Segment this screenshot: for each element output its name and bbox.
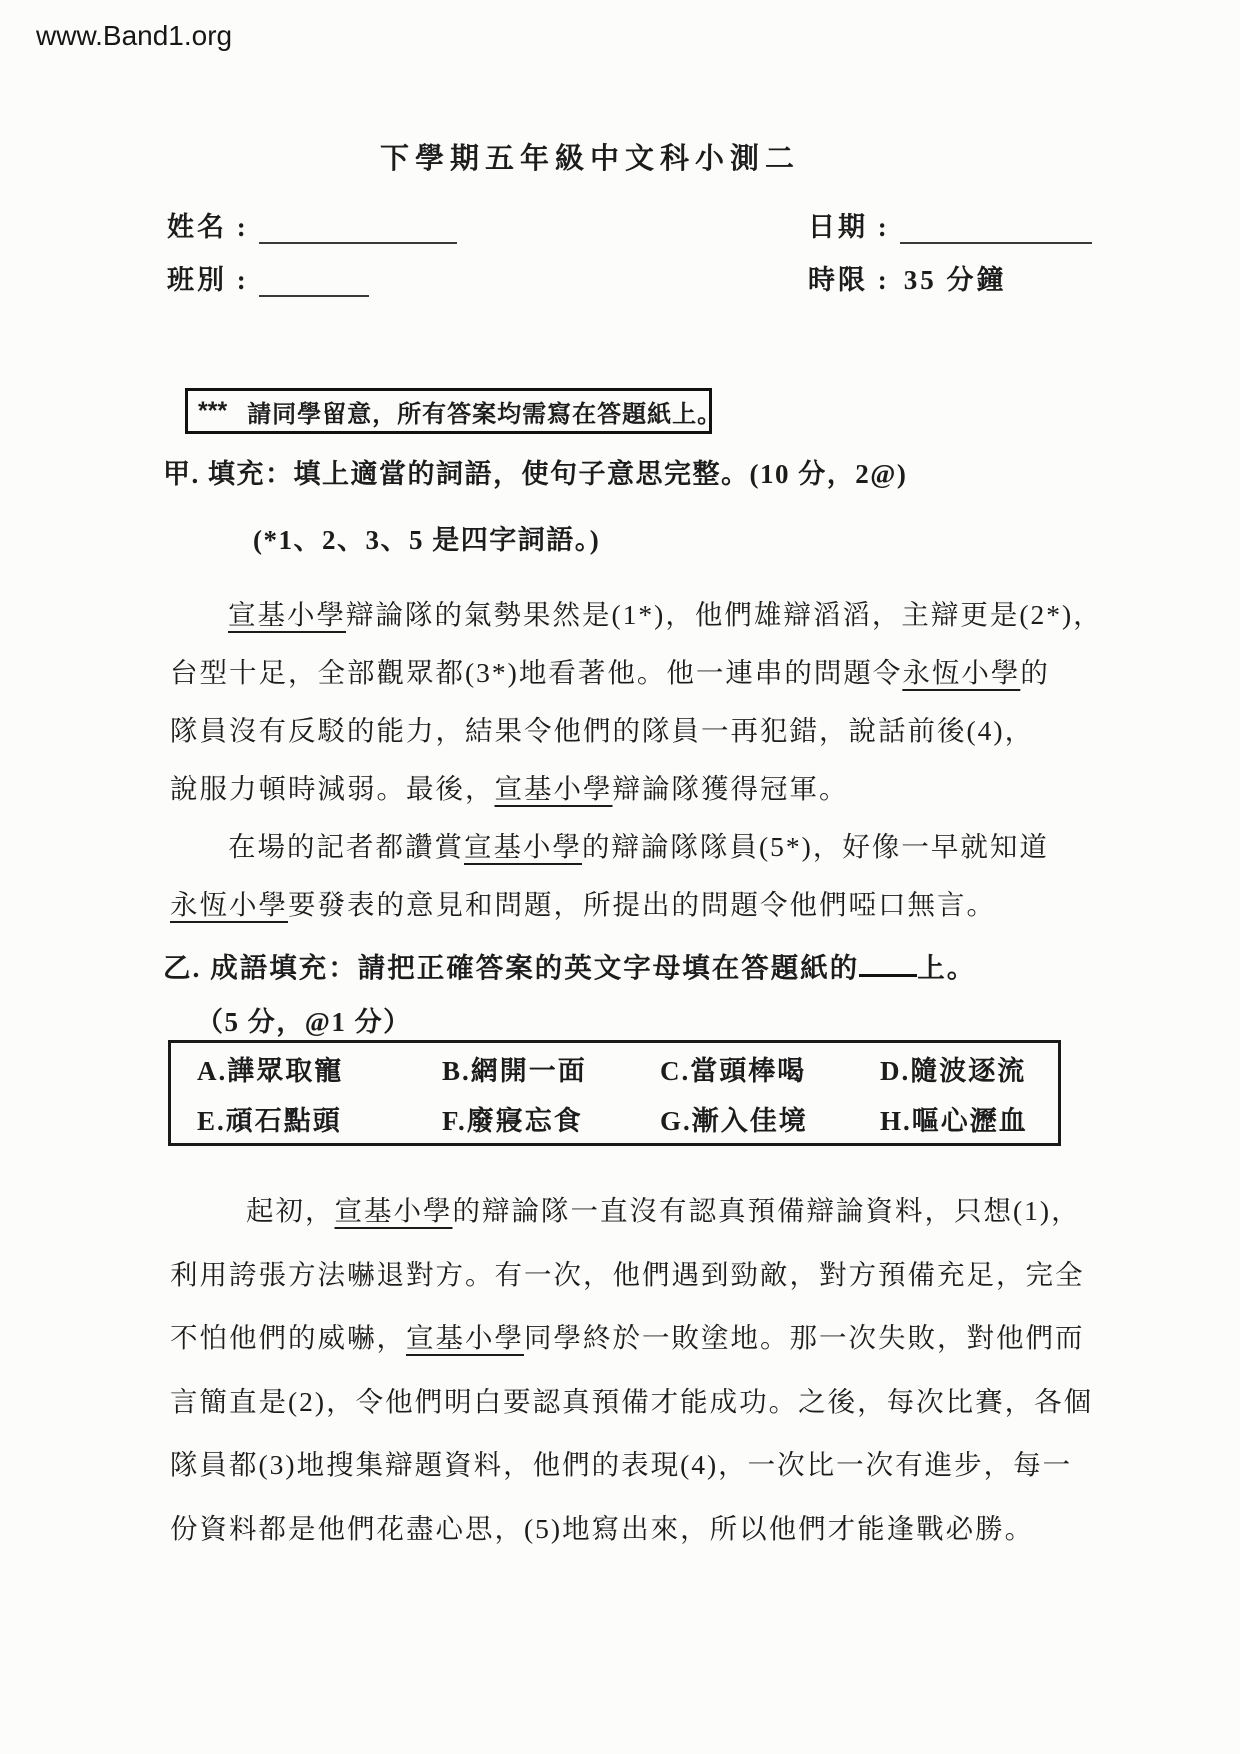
option-b: B.網開一面 — [442, 1049, 660, 1088]
section-b-heading: 乙. 成語填充：請把正確答案的英文字母填在答題紙的上。 — [163, 945, 976, 1009]
option-c: C.當頭棒喝 — [660, 1049, 880, 1088]
text-segment: 起初， — [246, 1195, 335, 1226]
option-e: E.頑石點頭 — [197, 1099, 442, 1138]
date-label: 日期 : — [808, 205, 890, 244]
time-limit-value: 35 分鐘 — [904, 258, 1007, 297]
notice-box: *** 請同學留意，所有答案均需寫在答題紙上。 — [185, 388, 712, 434]
text-segment: 的辯論隊隊員(5*)，好像一早就知道 — [582, 831, 1049, 862]
page-title: 下學期五年級中文科小測二 — [380, 136, 800, 177]
text-segment: 利用誇張方法嚇退對方。有一次，他們遇到勁敵，對方預備充足，完全 — [170, 1259, 1085, 1290]
underlined-text: 宣基小學 — [495, 773, 613, 804]
text-segment: 上。 — [917, 952, 976, 983]
underlined-text: 宣基小學 — [335, 1195, 453, 1226]
underlined-text: 宣基小學 — [464, 831, 582, 862]
time-limit-field: 時限 : 35 分鐘 — [808, 258, 1007, 297]
text-segment: 的辯論隊一直沒有認真預備辯論資料，只想(1)， — [453, 1195, 1081, 1226]
section-b-marks: （5 分，@1 分） — [196, 1000, 412, 1039]
underlined-text: 宣基小學 — [228, 599, 346, 630]
section-a-paragraph: 宣基小學辯論隊的氣勢果然是(1*)，他們雄辯滔滔，主辯更是(2*)，台型十足，全… — [170, 592, 1103, 940]
watermark: www.Band1.org — [36, 20, 232, 52]
name-label: 姓名 : — [167, 205, 249, 244]
class-field: 班別 : — [167, 258, 369, 297]
text-segment: 在場的記者都讚賞 — [228, 831, 464, 862]
date-field: 日期 : — [808, 205, 1092, 244]
scanned-test-paper: www.Band1.org 下學期五年級中文科小測二 姓名 : 日期 : 班別 … — [0, 0, 1240, 1754]
option-d: D.隨波逐流 — [880, 1049, 1058, 1088]
section-b-paragraph: 起初，宣基小學的辯論隊一直沒有認真預備辯論資料，只想(1)，利用誇張方法嚇退對方… — [170, 1188, 1093, 1569]
class-blank — [259, 265, 369, 297]
option-g: G.漸入佳境 — [660, 1099, 880, 1138]
text-segment: 辯論隊獲得冠軍。 — [613, 773, 849, 804]
text-segment: 乙. 成語填充：請把正確答案的英文字母填在答題紙的 — [163, 952, 859, 983]
text-segment: 同學終於一敗塗地。那一次失敗，對他們而 — [524, 1322, 1085, 1353]
name-field: 姓名 : — [167, 205, 457, 244]
section-a-note: (*1、2、3、5 是四字詞語。) — [253, 518, 600, 557]
text-segment: 台型十足，全部觀眾都(3*)地看著他。他一連串的問題令 — [170, 657, 902, 688]
time-limit-label: 時限 : — [808, 258, 890, 297]
text-segment: 的 — [1020, 657, 1050, 688]
idiom-options-box: A.譁眾取寵 B.網開一面 C.當頭棒喝 D.隨波逐流 E.頑石點頭 F.廢寢忘… — [168, 1040, 1061, 1146]
text-segment: 辯論隊的氣勢果然是(1*)，他們雄辯滔滔，主辯更是(2*)， — [346, 599, 1103, 630]
option-f: F.廢寢忘食 — [442, 1099, 660, 1138]
text-segment: 份資料都是他們花盡心思，(5)地寫出來，所以他們才能逢戰必勝。 — [170, 1513, 1034, 1544]
class-label: 班別 : — [167, 258, 249, 297]
name-blank — [259, 212, 457, 244]
notice-text: 請同學留意，所有答案均需寫在答題紙上。 — [247, 394, 722, 429]
date-blank — [900, 212, 1092, 244]
section-a-heading: 甲. 填充：填上適當的詞語，使句子意思完整。(10 分，2@) — [163, 452, 907, 491]
text-segment: 要發表的意見和問題，所提出的問題令他們啞口無言。 — [288, 889, 996, 920]
option-a: A.譁眾取寵 — [197, 1049, 442, 1088]
text-segment: 隊員都(3)地搜集辯題資料，他們的表現(4)，一次比一次有進步，每一 — [170, 1449, 1072, 1480]
text-segment: 說服力頓時減弱。最後， — [170, 773, 495, 804]
underlined-text: 永恆小學 — [902, 657, 1020, 688]
notice-stars: *** — [198, 397, 227, 426]
text-segment: 言簡直是(2)，令他們明白要認真預備才能成功。之後，每次比賽，各個 — [170, 1386, 1093, 1417]
underlined-text: 宣基小學 — [406, 1322, 524, 1353]
text-segment: 不怕他們的威嚇， — [170, 1322, 406, 1353]
option-h: H.嘔心瀝血 — [880, 1099, 1058, 1138]
underlined-text: 永恆小學 — [170, 889, 288, 920]
text-segment: 隊員沒有反駁的能力，結果令他們的隊員一再犯錯，說話前後(4)， — [170, 715, 1034, 746]
answer-blank — [859, 947, 917, 978]
